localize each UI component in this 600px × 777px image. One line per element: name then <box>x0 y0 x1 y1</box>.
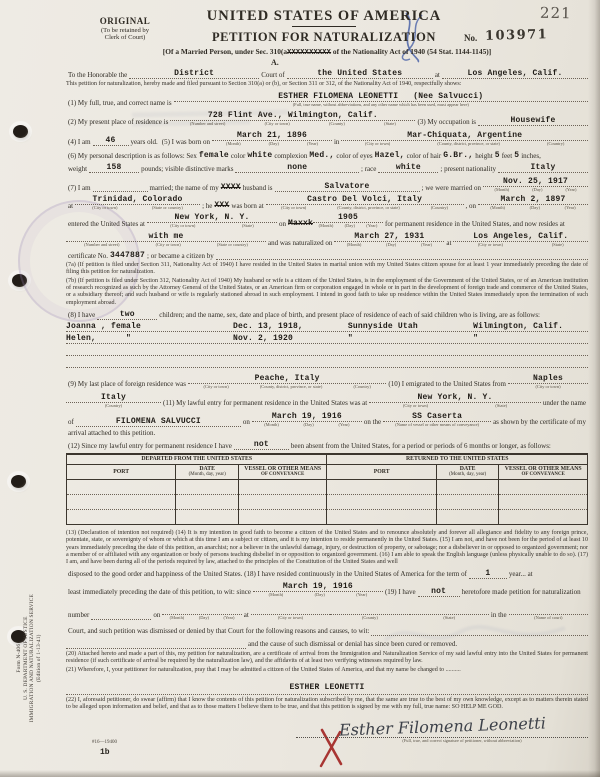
empty-fill <box>93 182 148 192</box>
certificate-number: 3447887 <box>110 251 145 260</box>
eyes-value: Hazel, <box>375 151 405 160</box>
field-7-marriage-2: at Trinidad, Colorado (City or town)(Sta… <box>66 195 588 210</box>
field-11-entry-name: of FILOMENA SALVUCCI on March 19, 1916 (… <box>66 412 588 427</box>
spouse-name-field: Salvatore <box>275 182 420 192</box>
court-name-field: the United States <box>287 69 433 79</box>
punch-hole <box>13 125 28 138</box>
residence-term-field: 1 <box>469 569 507 579</box>
number-label: No. <box>464 33 477 43</box>
field-4-5-age-birth: (4) I am 46 years old. (5) I was born on… <box>66 131 588 146</box>
form-header: ORIGINAL (To be retained by Clerk of Cou… <box>66 8 588 45</box>
spouse-birthdate-field: March 2, 1897 (Month)(Day)(Year) <box>478 195 588 210</box>
field-11-arrival: arrival attached to this petition. <box>66 429 588 438</box>
empty-fill <box>91 610 151 620</box>
race-field: white <box>378 163 438 173</box>
signature-line: Esther Filomena Leonetti <box>296 719 588 738</box>
new-name-value: ESTHER LEONETTI <box>289 683 364 692</box>
field-19-number-line: number on (Month)(Day)(Year) at (City or… <box>66 605 588 620</box>
sex-value: female <box>199 151 229 160</box>
emigration-country-field: Italy (Country) <box>66 393 161 408</box>
scanned-petition-page: 221 Form N-406 U. S. DEPARTMENT OF JUSTI… <box>0 0 600 777</box>
birthdate-field: March 21, 1896 (Month)(Day)(Year) <box>212 131 332 146</box>
empty-fill <box>216 250 588 260</box>
pursuant-line: This petition for naturalization, hereby… <box>66 81 588 88</box>
empty-fill <box>371 626 588 636</box>
page-edge-shadow <box>588 0 600 777</box>
field-8-children: (8) I have two children; and the name, s… <box>66 310 588 320</box>
field-12-absence: (12) Since my lawful entry for permanent… <box>66 440 588 450</box>
page-bottom-shadow <box>0 770 600 777</box>
empty-city-field: (City or town) <box>251 605 330 620</box>
child-row: Helen, " Nov. 2, 1920 " " <box>66 332 588 344</box>
residence-field: 728 Flint Ave., Wilmington, Calif. (Numb… <box>170 111 415 126</box>
complexion-value: Med., <box>309 151 334 160</box>
section-a-mark: A. <box>271 58 588 67</box>
empty-fill <box>66 639 246 649</box>
department-name: U. S. DEPARTMENT OF JUSTICE <box>22 572 29 744</box>
absence-table: DEPARTED FROM THE UNITED STATES RETURNED… <box>66 453 588 525</box>
field-9-10: (9) My last place of foreign residence w… <box>66 374 588 389</box>
field-1-name: (1) My full, true, and correct name is E… <box>66 92 588 107</box>
clauses-13-17: (13) (Declaration of intention not requi… <box>66 530 588 565</box>
wedding-date-field: Nov. 25, 1917 (Month)(Day)(Year) <box>483 177 588 192</box>
field-7-marriage: (7) I am married; the name of my XXXX hu… <box>66 177 588 192</box>
spouse-naturalization-date-field: March 27, 1931 (Month)(Day)(Year) <box>334 232 444 247</box>
form-subtitle: [Of a Married Person, under Sec. 310(aXX… <box>66 47 588 57</box>
struck-section: XXXXXXXXXX <box>287 49 331 57</box>
entry-port-field: New York, N. Y. (City or town)(State) <box>369 393 541 408</box>
field-19-court-line: Court, and such petition was dismissed o… <box>66 626 588 636</box>
spouse-entry-port-field: New York, N. Y. (City or town)(State) <box>147 213 277 228</box>
signature-caption: (Full, true, and correct signature of pe… <box>336 738 588 743</box>
spouse-residence-field: with me (Number and street)(City or town… <box>66 232 266 247</box>
name-change-line: ESTHER LEONETTI <box>66 676 588 695</box>
entry-date-field: March 19, 1916 (Month)(Day)(Year) <box>252 412 362 427</box>
empty-child-row <box>66 344 588 356</box>
age-field: 46 <box>93 136 129 146</box>
departed-header: DEPARTED FROM THE UNITED STATES <box>67 454 327 464</box>
returned-header: RETURNED TO THE UNITED STATES <box>327 454 588 464</box>
hair-value: G.Br., <box>443 151 473 160</box>
color-value: white <box>247 151 272 160</box>
petitioner-name-field: ESTHER FILOMENA LEONETTI (Nee Salvucci) … <box>174 92 588 107</box>
field-2-residence: (2) My present place of residence is 728… <box>66 111 588 126</box>
form-number-margin: Form N-406 U. S. DEPARTMENT OF JUSTICE I… <box>16 572 42 744</box>
sheet-code: 1b <box>100 748 110 757</box>
title-rule <box>292 26 356 27</box>
court-line: To the Honorable the District Court of t… <box>66 69 588 79</box>
struck-or-she: XXX <box>214 201 229 210</box>
punch-hole <box>11 475 26 488</box>
struck-entry-month: Maxxk <box>288 219 313 228</box>
prior-petition-field: not <box>418 587 460 597</box>
field-18-since: least immediately preceding the date of … <box>66 582 588 597</box>
children-count-field: two <box>97 310 157 320</box>
clause-20: (20) Attached hereto and made a part of … <box>66 651 588 665</box>
child-row: Joanna , female Dec. 13, 1918, Sunnyside… <box>66 320 588 332</box>
empty-child-row <box>66 356 588 368</box>
empty-state-field: (State) <box>410 605 489 620</box>
country-title: UNITED STATES OF AMERICA <box>184 8 464 25</box>
field-6-description-2: weight 158 pounds; visible distinctive m… <box>66 163 588 173</box>
clause-7b: (7b) (If petition is filed under Section… <box>66 278 588 306</box>
court-kind-field: District <box>129 69 259 79</box>
field-11: Italy (Country) (11) My lawful entry for… <box>66 393 588 408</box>
nationality-field: Italy <box>498 163 588 173</box>
field-19-cause-line: and the cause of such dismissal or denia… <box>66 639 588 649</box>
vessel-field: SS Caserta (Name of vessel or other mean… <box>383 412 491 427</box>
wedding-place-field: Trinidad, Colorado (City or town)(State … <box>75 195 200 210</box>
marks-field: none <box>235 163 359 173</box>
field-7-certificate: certificate No. 3447887 ; or became a ci… <box>66 250 588 260</box>
field-6-description: (6) My personal description is as follow… <box>66 151 588 160</box>
petition-number: 103971 <box>485 27 549 44</box>
court-place-field: Los Angeles, Calif. <box>442 69 588 79</box>
absence-empty-row <box>67 510 588 525</box>
empty-court-field: (Name of court) <box>509 605 588 620</box>
spouse-naturalization-place-field: Los Angeles, Calif. (City or town)(State… <box>453 232 588 247</box>
foreign-residence-field: Peache, Italy (City or town)(County, dis… <box>188 374 386 389</box>
empty-date-field: (Month)(Day)(Year) <box>162 605 241 620</box>
petitioner-signature: Esther Filomena Leonetti <box>338 716 545 739</box>
field-18: disposed to the good order and happiness… <box>66 569 588 579</box>
emigration-city-field: Naples (City or town) <box>508 374 588 389</box>
residence-since-field: March 19, 1916 (Month)(Day)(Year) <box>253 582 383 597</box>
service-name: IMMIGRATION AND NATURALIZATION SERVICE <box>29 572 36 744</box>
absent-field: not <box>234 440 289 450</box>
original-note: ORIGINAL (To be retained by Clerk of Cou… <box>66 8 184 42</box>
form-title: PETITION FOR NATURALIZATION <box>184 30 464 45</box>
field-7-resides: with me (Number and street)(City or town… <box>66 232 588 247</box>
clause-21: (21) Wherefore, I, your petitioner for n… <box>66 667 588 674</box>
struck-wife: XXXX <box>221 183 241 192</box>
absence-empty-row <box>67 480 588 495</box>
field-7-entry: entered the United States at New York, N… <box>66 213 588 228</box>
absence-empty-row <box>67 495 588 510</box>
form-number: Form N-406 <box>16 572 23 744</box>
entry-name-field: FILOMENA SALVUCCI <box>76 417 241 427</box>
clause-7a: (7a) (If petition is filed under Section… <box>66 262 588 276</box>
signature-block: Esther Filomena Leonetti <box>66 719 588 738</box>
empty-county-field: (County) <box>330 605 409 620</box>
occupation-field: Housewife <box>478 116 588 126</box>
clause-22: (22) I, aforesaid petitioner, do swear (… <box>66 697 588 711</box>
spouse-birthplace-field: Castro Del Volci, Italy (City or town)(C… <box>266 195 464 210</box>
spouse-entry-year-field: 1905 (Month)(Day)(Year) <box>313 213 383 228</box>
edition-note: (Edition of 1-13-41) <box>36 572 43 744</box>
birthplace-field: Mar-Chiquata, Argentine (City or town)(C… <box>341 131 588 146</box>
weight-field: 158 <box>89 163 139 173</box>
